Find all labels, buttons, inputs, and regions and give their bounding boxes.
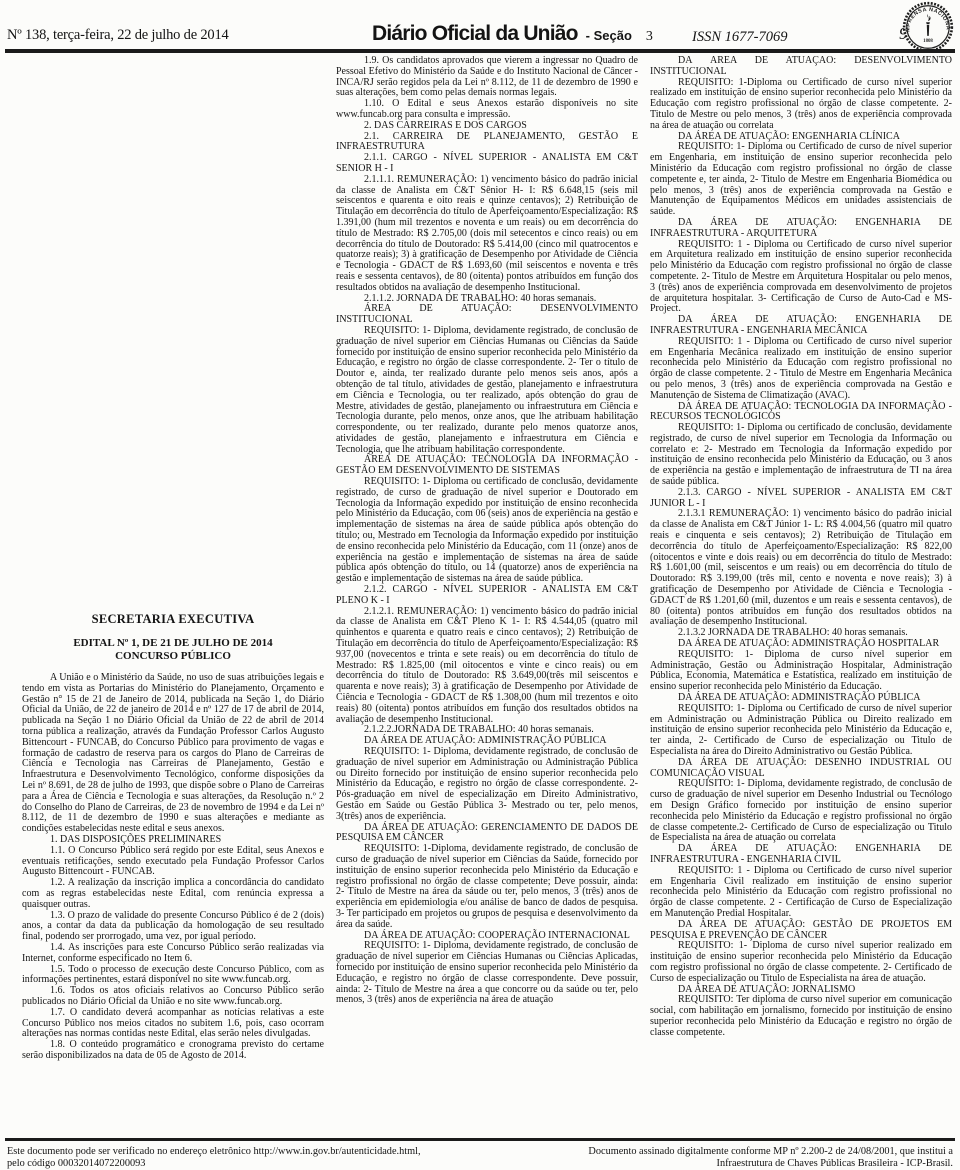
- paragraph: 2.1.1.1. REMUNERAÇÃO: 1) vencimento bási…: [336, 175, 638, 294]
- paragraph: 1.1. O Concurso Público será regido por …: [22, 846, 324, 878]
- paragraph: REQUISITO: 1-Diploma ou Certificado de c…: [650, 78, 952, 132]
- paragraph: DA ÁREA DE ATUAÇÃO: ENGENHARIA DE INFRAE…: [650, 315, 952, 337]
- footer-rule: [5, 1138, 955, 1141]
- paragraph: 2. DAS CARREIRAS E DOS CARGOS: [336, 121, 638, 132]
- paragraph: 2.1.1. CARGO - NÍVEL SUPERIOR - ANALISTA…: [336, 153, 638, 175]
- paragraph: 1.8. O conteúdo programático e cronogram…: [22, 1040, 324, 1062]
- footer-verification-line2: pelo código 00032014072200093: [7, 1158, 421, 1170]
- paragraph: DA ÁREA DE ATUAÇÃO: DESENVOLVIMENTO INST…: [650, 56, 952, 78]
- paragraph: REQUISITO: 1- Diploma, devidamente regis…: [336, 747, 638, 823]
- paragraph: ÁREA DE ATUAÇÃO: DESENVOLVIMENTO INSTITU…: [336, 304, 638, 326]
- footer-signature-text: Documento assinado digitalmente conforme…: [588, 1146, 953, 1169]
- column-left: SECRETARIA EXECUTIVAEDITAL Nº 1, DE 21 D…: [22, 56, 324, 1136]
- masthead-section-number: 3: [646, 29, 653, 44]
- column-center: 1.9. Os candidatos aprovados que vierem …: [336, 56, 638, 1136]
- paragraph: REQUISITO: 1 - Diploma ou Certificado de…: [650, 866, 952, 920]
- paragraph: REQUISITO: 1- Diploma de curso nível sup…: [650, 650, 952, 693]
- content-columns: SECRETARIA EXECUTIVAEDITAL Nº 1, DE 21 D…: [22, 56, 952, 1136]
- paragraph: 1.4. As inscrições para este Concurso Pú…: [22, 943, 324, 965]
- gazette-page: Nº 138, terça-feira, 22 de julho de 2014…: [0, 0, 960, 1170]
- column-right: DA ÁREA DE ATUAÇÃO: DESENVOLVIMENTO INST…: [650, 56, 952, 1136]
- paragraph: 2.1.2. CARGO - NÍVEL SUPERIOR - ANALISTA…: [336, 585, 638, 607]
- paragraph: 2.1.2.1. REMUNERAÇÃO: 1) vencimento bási…: [336, 607, 638, 726]
- paragraph: 1.6. Todos os atos oficiais relativos ao…: [22, 986, 324, 1008]
- paragraph: REQUISITO: 1 - Diploma ou Certificado de…: [650, 337, 952, 402]
- issn: ISSN 1677-7069: [692, 29, 787, 46]
- paragraph: 2.1. CARREIRA DE PLANEJAMENTO, GESTÃO E …: [336, 132, 638, 154]
- paragraph: DA ÁREA DE ATUAÇÃO: ENGENHARIA DE INFRAE…: [650, 218, 952, 240]
- paragraph: 1.3. O prazo de validade do presente Con…: [22, 911, 324, 943]
- heading: EDITAL Nº 1, DE 21 DE JULHO DE 2014: [22, 637, 324, 650]
- paragraph: REQUISITO: 1-Diploma, devidamente regist…: [336, 844, 638, 930]
- heading: SECRETARIA EXECUTIVA: [22, 613, 324, 626]
- edition-date: Nº 138, terça-feira, 22 de julho de 2014: [7, 27, 229, 44]
- imprensa-nacional-seal-icon: IMPRENSA NACIONAL 1808: [902, 1, 954, 53]
- paragraph: 1.7. O candidato deverá acompanhar as no…: [22, 1008, 324, 1040]
- paragraph: REQUISITO: 1- Diploma, devidamente regis…: [336, 326, 638, 456]
- paragraph: REQUISITO: 1- Diploma ou certificado de …: [650, 423, 952, 488]
- paragraph: DA ÁREA DE ATUAÇÃO: TECNOLOGIA DA INFORM…: [650, 402, 952, 424]
- header-rule: [5, 49, 955, 53]
- paragraph: 1.9. Os candidatos aprovados que vierem …: [336, 56, 638, 99]
- paragraph: DA ÁREA DE ATUAÇÃO: ENGENHARIA DE INFRAE…: [650, 844, 952, 866]
- paragraph: REQUISITO: 1 - Diploma ou Certificado de…: [650, 240, 952, 316]
- paragraph: REQUISITO: 1- Diploma, devidamente regis…: [650, 779, 952, 844]
- paragraph: DA ÁREA DE ATUAÇÃO: GESTÃO DE PROJETOS E…: [650, 920, 952, 942]
- masthead-title: Diário Oficial da União: [372, 22, 578, 45]
- footer-verification-text: Este documento pode ser verificado no en…: [7, 1146, 421, 1169]
- seal-year: 1808: [923, 39, 933, 44]
- paragraph: 1.2. A realização da inscrição implica a…: [22, 878, 324, 910]
- heading: CONCURSO PÚBLICO: [22, 650, 324, 663]
- footer-verification-line1: Este documento pode ser verificado no en…: [7, 1146, 421, 1158]
- paragraph: REQUISITO: 1- Diploma, devidamente regis…: [336, 941, 638, 1006]
- masthead-section-label: - Seção: [586, 28, 632, 43]
- paragraph: REQUISITO: 1- Diploma ou Certificado de …: [650, 704, 952, 758]
- paragraph: REQUISITO: 1- Diploma de curso nível sup…: [650, 941, 952, 984]
- paragraph: 2.1.3.1 REMUNERAÇÃO: 1) vencimento básic…: [650, 509, 952, 628]
- paragraph: 1.5. Todo o processo de execução deste C…: [22, 965, 324, 987]
- paragraph: REQUISITO: Ter diploma de curso nível su…: [650, 995, 952, 1038]
- paragraph: DA ÁREA DE ATUAÇÃO: GERENCIAMENTO DE DAD…: [336, 823, 638, 845]
- footer-signature-line2: Infraestrutura de Chaves Públicas Brasil…: [588, 1158, 953, 1170]
- paragraph: 1.10. O Edital e seus Anexos estarão dis…: [336, 99, 638, 121]
- footer-signature-line1: Documento assinado digitalmente conforme…: [588, 1146, 953, 1158]
- paragraph: 2.1.3. CARGO - NÍVEL SUPERIOR - ANALISTA…: [650, 488, 952, 510]
- masthead: Diário Oficial da União - Seção 3: [372, 22, 653, 46]
- paragraph: DA ÁREA DE ATUAÇÃO: DESENHO INDUSTRIAL O…: [650, 758, 952, 780]
- paragraph: A União e o Ministério da Saúde, no uso …: [22, 673, 324, 835]
- paragraph: REQUISITO: 1- Diploma ou Certificado de …: [650, 142, 952, 218]
- paragraph: ÁREA DE ATUAÇÃO: TECNOLOGIA DA INFORMAÇÃ…: [336, 455, 638, 477]
- paragraph: REQUISITO: 1- Diploma ou certificado de …: [336, 477, 638, 585]
